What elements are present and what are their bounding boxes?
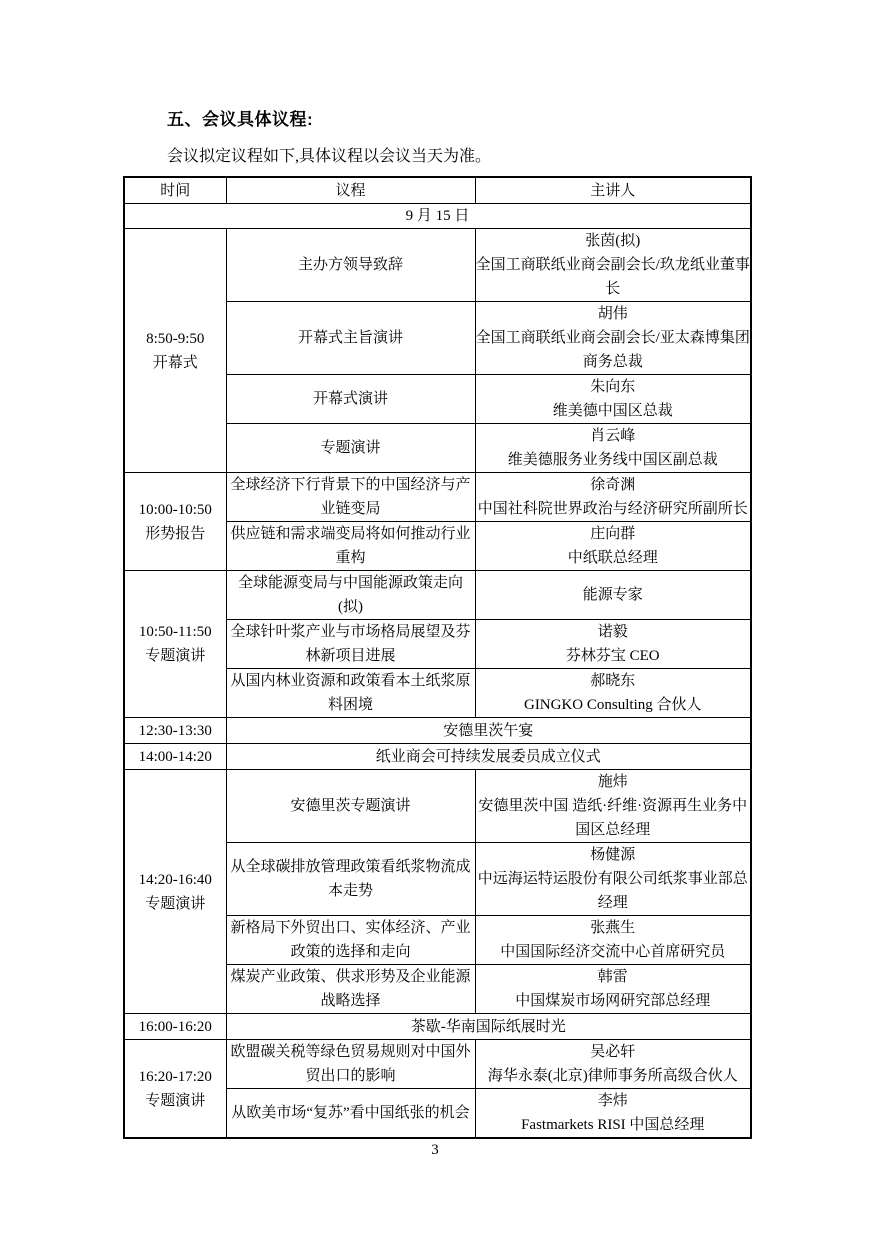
session-label: 形势报告	[125, 522, 226, 546]
column-header-time: 时间	[124, 177, 226, 204]
speaker-name: 杨健源	[476, 843, 751, 867]
speaker-cell: 张茵(拟) 全国工商联纸业商会副会长/玖龙纸业董事长	[475, 229, 751, 302]
speaker-name: 胡伟	[476, 302, 751, 326]
speaker-cell: 诺毅 芬林芬宝 CEO	[475, 620, 751, 669]
agenda-cell: 欧盟碳关税等绿色贸易规则对中国外贸出口的影响	[226, 1040, 475, 1089]
speaker-name: 能源专家	[476, 583, 751, 607]
date-banner-row: 9 月 15 日	[124, 204, 751, 229]
session-time: 10:00-10:50	[125, 498, 226, 522]
agenda-cell: 开幕式演讲	[226, 375, 475, 424]
time-cell: 10:50-11:50 专题演讲	[124, 571, 226, 718]
agenda-cell: 全球能源变局与中国能源政策走向(拟)	[226, 571, 475, 620]
speaker-cell: 朱向东 维美德中国区总裁	[475, 375, 751, 424]
speaker-name: 施炜	[476, 770, 751, 794]
speaker-cell: 庄向群 中纸联总经理	[475, 522, 751, 571]
speaker-name: 李炜	[476, 1089, 751, 1113]
speaker-title: 全国工商联纸业商会副会长/玖龙纸业董事长	[476, 253, 751, 301]
speaker-name: 朱向东	[476, 375, 751, 399]
speaker-title: GINGKO Consulting 合伙人	[476, 693, 751, 717]
agenda-cell: 主办方领导致辞	[226, 229, 475, 302]
speaker-cell: 施炜 安德里茨中国 造纸·纤维·资源再生业务中国区总经理	[475, 770, 751, 843]
column-header-agenda: 议程	[226, 177, 475, 204]
banner-row: 14:00-14:20 纸业商会可持续发展委员成立仪式	[124, 744, 751, 770]
session-row: 16:20-17:20 专题演讲 欧盟碳关税等绿色贸易规则对中国外贸出口的影响 …	[124, 1040, 751, 1089]
speaker-title: 芬林芬宝 CEO	[476, 644, 751, 668]
agenda-cell: 从全球碳排放管理政策看纸浆物流成本走势	[226, 843, 475, 916]
speaker-title: 维美德服务业务线中国区副总裁	[476, 448, 751, 472]
speaker-name: 吴必轩	[476, 1040, 751, 1064]
speaker-title: 中国社科院世界政治与经济研究所副所长	[476, 497, 751, 521]
banner-event-cell: 茶歇-华南国际纸展时光	[226, 1014, 751, 1040]
agenda-cell: 全球针叶浆产业与市场格局展望及芬林新项目进展	[226, 620, 475, 669]
speaker-name: 张茵(拟)	[476, 229, 751, 253]
speaker-cell: 肖云峰 维美德服务业务线中国区副总裁	[475, 424, 751, 473]
agenda-cell: 全球经济下行背景下的中国经济与产业链变局	[226, 473, 475, 522]
page-number: 3	[0, 1140, 870, 1160]
session-row: 10:00-10:50 形势报告 全球经济下行背景下的中国经济与产业链变局 徐奇…	[124, 473, 751, 522]
speaker-cell: 郝晓东 GINGKO Consulting 合伙人	[475, 669, 751, 718]
speaker-cell: 韩雷 中国煤炭市场网研究部总经理	[475, 965, 751, 1014]
agenda-cell: 新格局下外贸出口、实体经济、产业政策的选择和走向	[226, 916, 475, 965]
time-cell: 10:00-10:50 形势报告	[124, 473, 226, 571]
agenda-table: 时间 议程 主讲人 9 月 15 日 8:50-9:50 开幕式 主办方领导致辞…	[123, 176, 752, 1139]
speaker-cell: 徐奇渊 中国社科院世界政治与经济研究所副所长	[475, 473, 751, 522]
time-cell: 14:20-16:40 专题演讲	[124, 770, 226, 1014]
banner-event-cell: 安德里茨午宴	[226, 718, 751, 744]
speaker-cell: 张燕生 中国国际经济交流中心首席研究员	[475, 916, 751, 965]
session-label: 专题演讲	[125, 1089, 226, 1113]
session-label: 专题演讲	[125, 644, 226, 668]
document-page: 五、会议具体议程: 会议拟定议程如下,具体议程以会议当天为准。 时间 议程 主讲…	[0, 0, 870, 1234]
time-cell: 16:00-16:20	[124, 1014, 226, 1040]
speaker-cell: 胡伟 全国工商联纸业商会副会长/亚太森博集团商务总裁	[475, 302, 751, 375]
speaker-title: 中国煤炭市场网研究部总经理	[476, 989, 751, 1013]
speaker-name: 郝晓东	[476, 669, 751, 693]
agenda-cell: 开幕式主旨演讲	[226, 302, 475, 375]
speaker-cell: 吴必轩 海华永泰(北京)律师事务所高级合伙人	[475, 1040, 751, 1089]
column-header-speaker: 主讲人	[475, 177, 751, 204]
table-header-row: 时间 议程 主讲人	[124, 177, 751, 204]
time-cell: 8:50-9:50 开幕式	[124, 229, 226, 473]
agenda-cell: 专题演讲	[226, 424, 475, 473]
session-time: 14:20-16:40	[125, 868, 226, 892]
speaker-title: 安德里茨中国 造纸·纤维·资源再生业务中国区总经理	[476, 794, 751, 842]
speaker-title: 中国国际经济交流中心首席研究员	[476, 940, 751, 964]
speaker-title: 中远海运特运股份有限公司纸浆事业部总经理	[476, 867, 751, 915]
session-time: 10:50-11:50	[125, 620, 226, 644]
banner-event-cell: 纸业商会可持续发展委员成立仪式	[226, 744, 751, 770]
agenda-cell: 供应链和需求端变局将如何推动行业重构	[226, 522, 475, 571]
speaker-name: 肖云峰	[476, 424, 751, 448]
agenda-cell: 从国内林业资源和政策看本土纸浆原料困境	[226, 669, 475, 718]
speaker-cell: 杨健源 中远海运特运股份有限公司纸浆事业部总经理	[475, 843, 751, 916]
agenda-cell: 煤炭产业政策、供求形势及企业能源战略选择	[226, 965, 475, 1014]
agenda-cell: 安德里茨专题演讲	[226, 770, 475, 843]
banner-row: 12:30-13:30 安德里茨午宴	[124, 718, 751, 744]
section-title: 五、会议具体议程:	[167, 108, 313, 132]
time-cell: 12:30-13:30	[124, 718, 226, 744]
speaker-name: 韩雷	[476, 965, 751, 989]
speaker-title: 维美德中国区总裁	[476, 399, 751, 423]
session-row: 8:50-9:50 开幕式 主办方领导致辞 张茵(拟) 全国工商联纸业商会副会长…	[124, 229, 751, 302]
speaker-cell: 能源专家	[475, 571, 751, 620]
speaker-cell: 李炜 Fastmarkets RISI 中国总经理	[475, 1089, 751, 1139]
session-label: 专题演讲	[125, 892, 226, 916]
session-time: 16:20-17:20	[125, 1065, 226, 1089]
speaker-title: 海华永泰(北京)律师事务所高级合伙人	[476, 1064, 751, 1088]
agenda-cell: 从欧美市场“复苏”看中国纸张的机会	[226, 1089, 475, 1139]
speaker-title: 中纸联总经理	[476, 546, 751, 570]
session-row: 10:50-11:50 专题演讲 全球能源变局与中国能源政策走向(拟) 能源专家	[124, 571, 751, 620]
speaker-title: Fastmarkets RISI 中国总经理	[476, 1113, 751, 1137]
speaker-name: 诺毅	[476, 620, 751, 644]
session-row: 14:20-16:40 专题演讲 安德里茨专题演讲 施炜 安德里茨中国 造纸·纤…	[124, 770, 751, 843]
session-label: 开幕式	[125, 351, 226, 375]
speaker-name: 徐奇渊	[476, 473, 751, 497]
session-time: 8:50-9:50	[125, 327, 226, 351]
speaker-name: 张燕生	[476, 916, 751, 940]
speaker-name: 庄向群	[476, 522, 751, 546]
intro-text: 会议拟定议程如下,具体议程以会议当天为准。	[167, 146, 491, 168]
date-banner: 9 月 15 日	[124, 204, 751, 229]
banner-row: 16:00-16:20 茶歇-华南国际纸展时光	[124, 1014, 751, 1040]
time-cell: 14:00-14:20	[124, 744, 226, 770]
speaker-title: 全国工商联纸业商会副会长/亚太森博集团商务总裁	[476, 326, 751, 374]
time-cell: 16:20-17:20 专题演讲	[124, 1040, 226, 1139]
